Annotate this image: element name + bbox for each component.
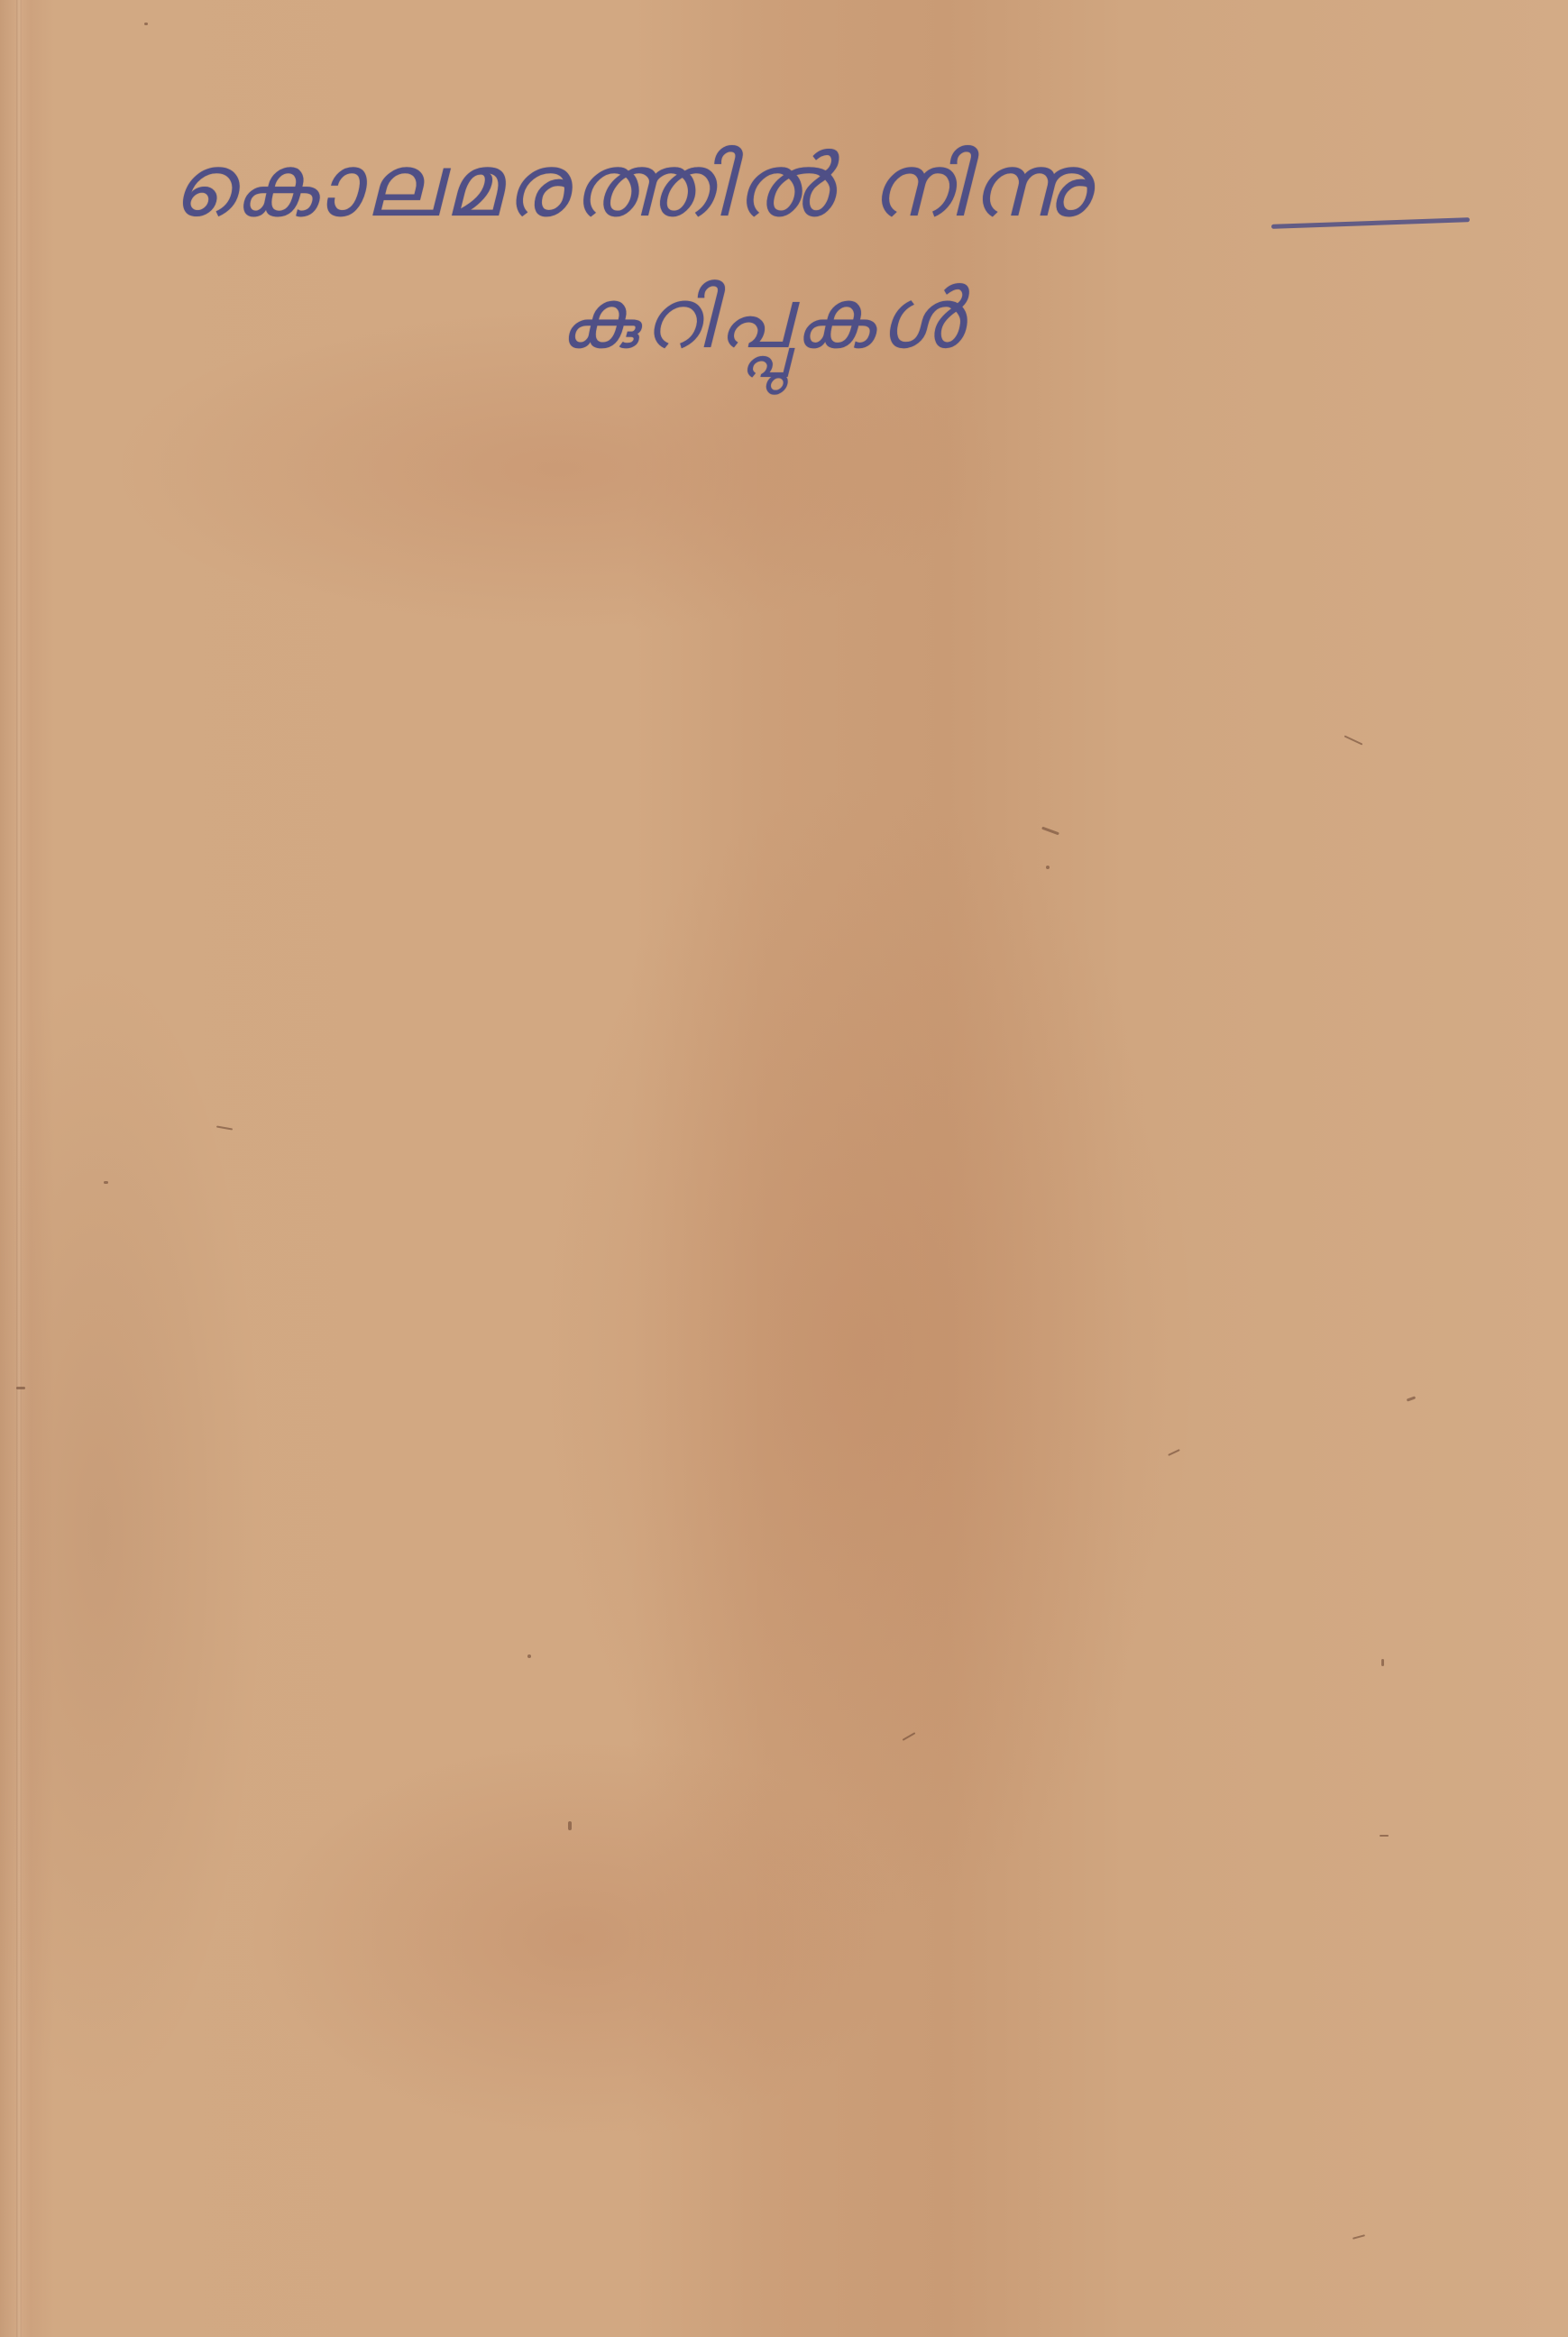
- binding-fold: [16, 0, 22, 2337]
- paper-speck: [1353, 2234, 1365, 2240]
- paper-speck: [1046, 866, 1050, 869]
- paper-speck: [144, 23, 148, 25]
- paper-speck: [568, 1821, 572, 1830]
- paper-speck: [1168, 1449, 1180, 1456]
- paper-speck: [104, 1181, 108, 1184]
- paper-speck: [1344, 735, 1363, 745]
- title-line-2: കുറിപ്പുകൾ: [559, 270, 967, 369]
- title-underline-stroke: [1271, 217, 1470, 229]
- paper-speck: [903, 1732, 916, 1741]
- paper-speck: [1041, 827, 1059, 836]
- paper-speck: [1381, 1659, 1384, 1666]
- title-line-1: കൊലമരത്തിൽ നിന്നു: [171, 135, 1094, 238]
- paper-speck: [527, 1654, 531, 1658]
- paper-speck: [16, 1387, 25, 1389]
- paper-speck: [1380, 1835, 1389, 1837]
- book-cover-page: കൊലമരത്തിൽ നിന്നു കുറിപ്പുകൾ: [0, 0, 1568, 2337]
- paper-speck: [216, 1125, 233, 1130]
- paper-speck: [1407, 1396, 1416, 1401]
